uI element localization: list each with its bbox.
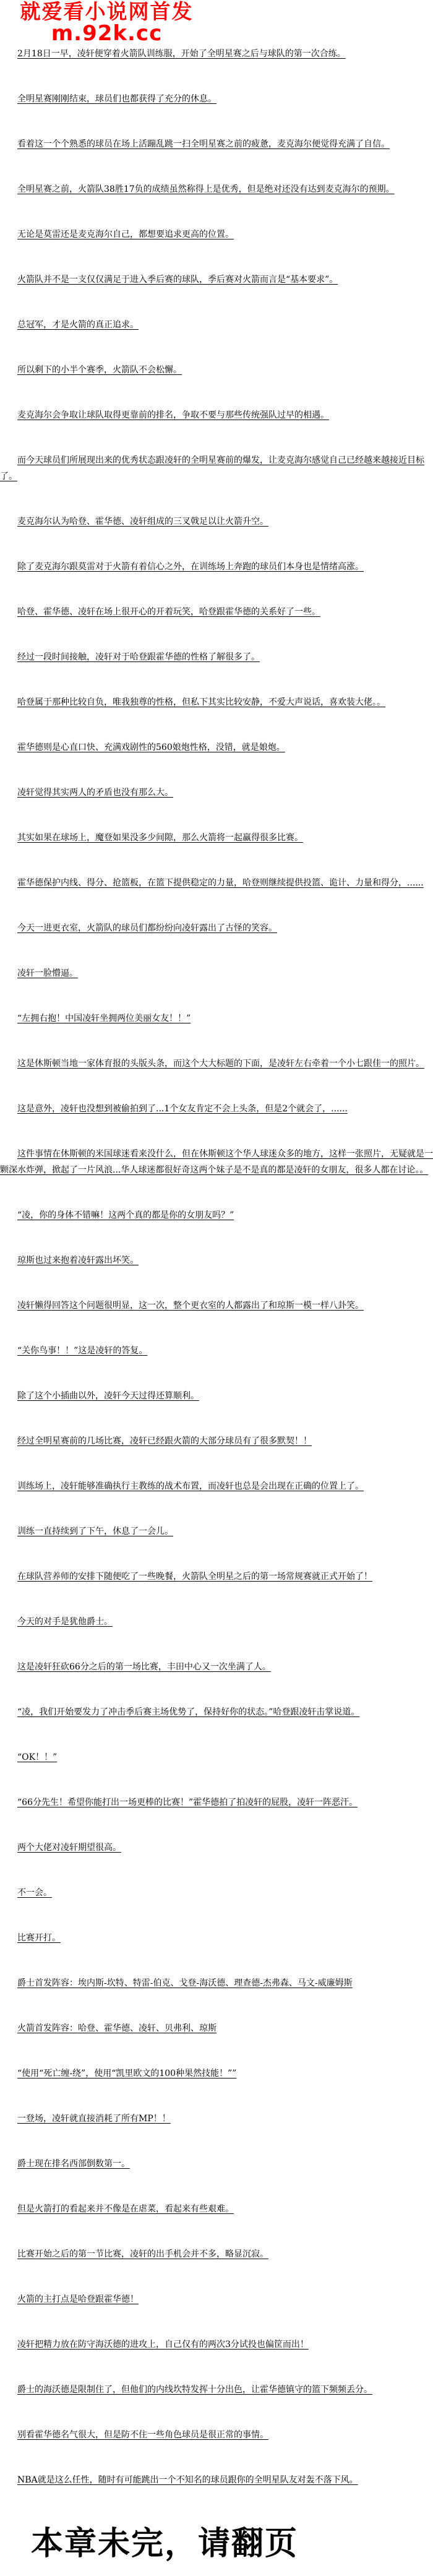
paragraph: 除了麦克海尔跟莫雷对于火箭有着信心之外，在训练场上奔跑的球员们本身也是情绪高涨。 [0, 559, 433, 575]
paragraph: 爵士现在排名西部倒数第一。 [0, 2156, 433, 2172]
novel-reader-page: 就爱看小说网首发 m.92k.cc 2月18日一早，凌轩便穿着火箭队训练服，开始… [0, 0, 433, 2576]
paragraph: “凌，你的身体不错嘛！这两个真的都是你的女朋友吗？” [0, 1207, 433, 1223]
paragraph: 所以剩下的小半个赛季，火箭队不会松懈。 [0, 362, 433, 378]
paragraph: 不一会。 [0, 1885, 433, 1901]
paragraph: 爵士的海沃德是限制住了，但他们的内线坎特发挥十分出色，让霍华德镇守的篮下频频丢分… [0, 2382, 433, 2398]
paragraph: 全明星赛刚刚结束，球员们也都获得了充分的休息。 [0, 91, 433, 107]
site-name-text: 就爱看小说网首发 [0, 1, 213, 23]
paragraph: 两个大佬对凌轩期望很高。 [0, 1840, 433, 1856]
paragraph: 火箭的主打点是哈登跟霍华德！ [0, 2291, 433, 2307]
paragraph: 这是意外，凌轩也没想到被偷拍到了...1个女友肯定不会上头条，但是2个就会了，.… [0, 1101, 433, 1117]
paragraph: 比赛开打。 [0, 1930, 433, 1946]
chapter-content: 2月18日一早，凌轩便穿着火箭队训练服，开始了全明星赛之后与球队的第一次合练。全… [0, 45, 433, 2488]
paragraph: 凌轩一脸懵逼。 [0, 965, 433, 981]
paragraph: 但是火箭打的看起来并不像是在虐菜，看起来有些艰难。 [0, 2201, 433, 2217]
paragraph: “OK！！” [0, 1749, 433, 1765]
paragraph: 训练一直持续到了下午，休息了一会儿。 [0, 1523, 433, 1540]
paragraph: 别看霍华德名气很大，但是防不住一些角色球员是很正常的事情。 [0, 2427, 433, 2443]
paragraph: NBA就是这么任性，随时有可能跳出一个不知名的球员跟你的全明星队友对轰不落下风。 [0, 2472, 433, 2488]
paragraph: “使用“死亡缠-绕”，使用“凯里欧文的100种果然技能！”” [0, 2066, 433, 2082]
paragraph: 哈登属于那种比较自负，唯我独尊的性格，但私下其实比较安静，不爱大声说话，喜欢装大… [0, 694, 433, 710]
site-banner: 就爱看小说网首发 m.92k.cc [0, 1, 213, 45]
paragraph: 琼斯也过来抱着凌轩露出坏笑。 [0, 1252, 433, 1269]
paragraph: 霍华德则是心直口快、充满戏剧性的560娘炮性格，没错，就是娘炮。 [0, 739, 433, 756]
paragraph: “左拥右抱！中国凌轩坐拥两位美丽女友！！” [0, 1010, 433, 1027]
paragraph: 火箭队并不是一支仅仅满足于进入季后赛的球队，季后赛对火箭而言是“基本要求”。 [0, 272, 433, 288]
paragraph: 麦克海尔认为哈登、霍华德、凌轩组成的三叉戟足以让火箭升空。 [0, 514, 433, 530]
paragraph: 经过一段时间接触，凌轩对于哈登跟霍华德的性格了解很多了。 [0, 649, 433, 665]
paragraph: 无论是莫雷还是麦克海尔自己，都想要追求更高的位置。 [0, 226, 433, 243]
paragraph: 今天一进更衣室，火箭队的球员们都纷纷向凌轩露出了古怪的笑容。 [0, 920, 433, 936]
paragraph: “66分先生！希望你能打出一场更棒的比赛！”霍华德拍了拍凌轩的屁股，凌轩一阵恶汗… [0, 1794, 433, 1811]
paragraph: 训练场上，凌轩能够准确执行主教练的战术布置，而凌轩也总是会出现在正确的位置上了。 [0, 1478, 433, 1494]
paragraph: 爵士首发阵容：埃内斯-坎特、特雷-伯克、戈登-海沃德、理查德-杰弗森、马文-威廉… [0, 1975, 433, 1991]
paragraph: 火箭首发阵容：哈登、霍华德、凌轩、贝弗利、琼斯 [0, 2020, 433, 2036]
paragraph: 凌轩觉得其实两人的矛盾也没有那么大。 [0, 785, 433, 801]
paragraph: 2月18日一早，凌轩便穿着火箭队训练服，开始了全明星赛之后与球队的第一次合练。 [0, 46, 433, 62]
paragraph: 这件事情在休斯顿的米国球迷看来没什么，但在休斯顿这个华人球迷众多的地方，这样一张… [0, 1146, 433, 1178]
paragraph: 哈登、霍华德、凌轩在场上很开心的开着玩笑，哈登跟霍华德的关系好了一些。 [0, 604, 433, 620]
paragraph: 霍华德保护内线、得分、抢篮板，在篮下提供稳定的力量，哈登则继续提供投篮、诡计、力… [0, 875, 433, 891]
paragraph: “凌，我们开始要发力了冲击季后赛主场优势了，保持好你的状态。”哈登跟凌轩击掌说道… [0, 1704, 433, 1720]
paragraph: 这是凌轩狂砍66分之后的第一场比赛，丰田中心又一次坐满了人。 [0, 1659, 433, 1675]
paragraph: “关你鸟事！！”这是凌轩的答复。 [0, 1343, 433, 1359]
paragraph: 凌轩懒得回答这个问题很明显，这一次，整个更衣室的人都露出了和琼斯一模一样八卦笑。 [0, 1298, 433, 1314]
paragraph: 除了这个小插曲以外，凌轩今天过得还算顺利。 [0, 1388, 433, 1404]
paragraph: 一登场，凌轩就直接消耗了所有MP！！ [0, 2111, 433, 2127]
paragraph: 在球队营养师的安排下随便吃了一些晚餐，火箭队全明星之后的第一场常规赛就正式开始了… [0, 1569, 433, 1585]
paragraph: 总冠军，才是火箭的真正追求。 [0, 317, 433, 333]
paragraph: 看着这一个个熟悉的球员在场上活蹦乱跳一扫全明星赛之前的疲惫，麦克海尔便觉得充满了… [0, 136, 433, 152]
site-url-text: m.92k.cc [0, 23, 213, 45]
paragraph: 而今天球员们所展现出来的优秀状态跟凌轩的全明星赛前的爆发，让麦克海尔感觉自己已经… [0, 452, 433, 485]
paragraph: 比赛开始之后的第一节比赛，凌轩的出手机会并不多，略显沉寂。 [0, 2246, 433, 2262]
paragraph: 麦克海尔会争取让球队取得更靠前的排名，争取不要与那些传统强队过早的相遇。 [0, 407, 433, 423]
paragraph: 凌轩把精力放在防守海沃德的进攻上，自己仅有的两次3分试投也偏筐而出！ [0, 2337, 433, 2353]
paragraph: 经过全明星赛前的几场比赛，凌轩已经跟火箭的大部分球员有了很多默契！！ [0, 1433, 433, 1449]
paragraph: 全明星赛之前，火箭队38胜17负的成绩虽然称得上是优秀，但是绝对还没有达到麦克海… [0, 181, 433, 197]
page-break-notice: 本章未完，请翻页 [31, 2517, 433, 2564]
paragraph: 今天的对手是犹他爵士。 [0, 1614, 433, 1630]
paragraph: 其实如果在球场上，魔登如果没多少间隙，那么火箭将一起赢得很多比赛。 [0, 830, 433, 846]
paragraph: 这是休斯顿当地一家体育报的头版头条，而这个大大标题的下面，是凌轩左右牵着一个小七… [0, 1056, 433, 1072]
